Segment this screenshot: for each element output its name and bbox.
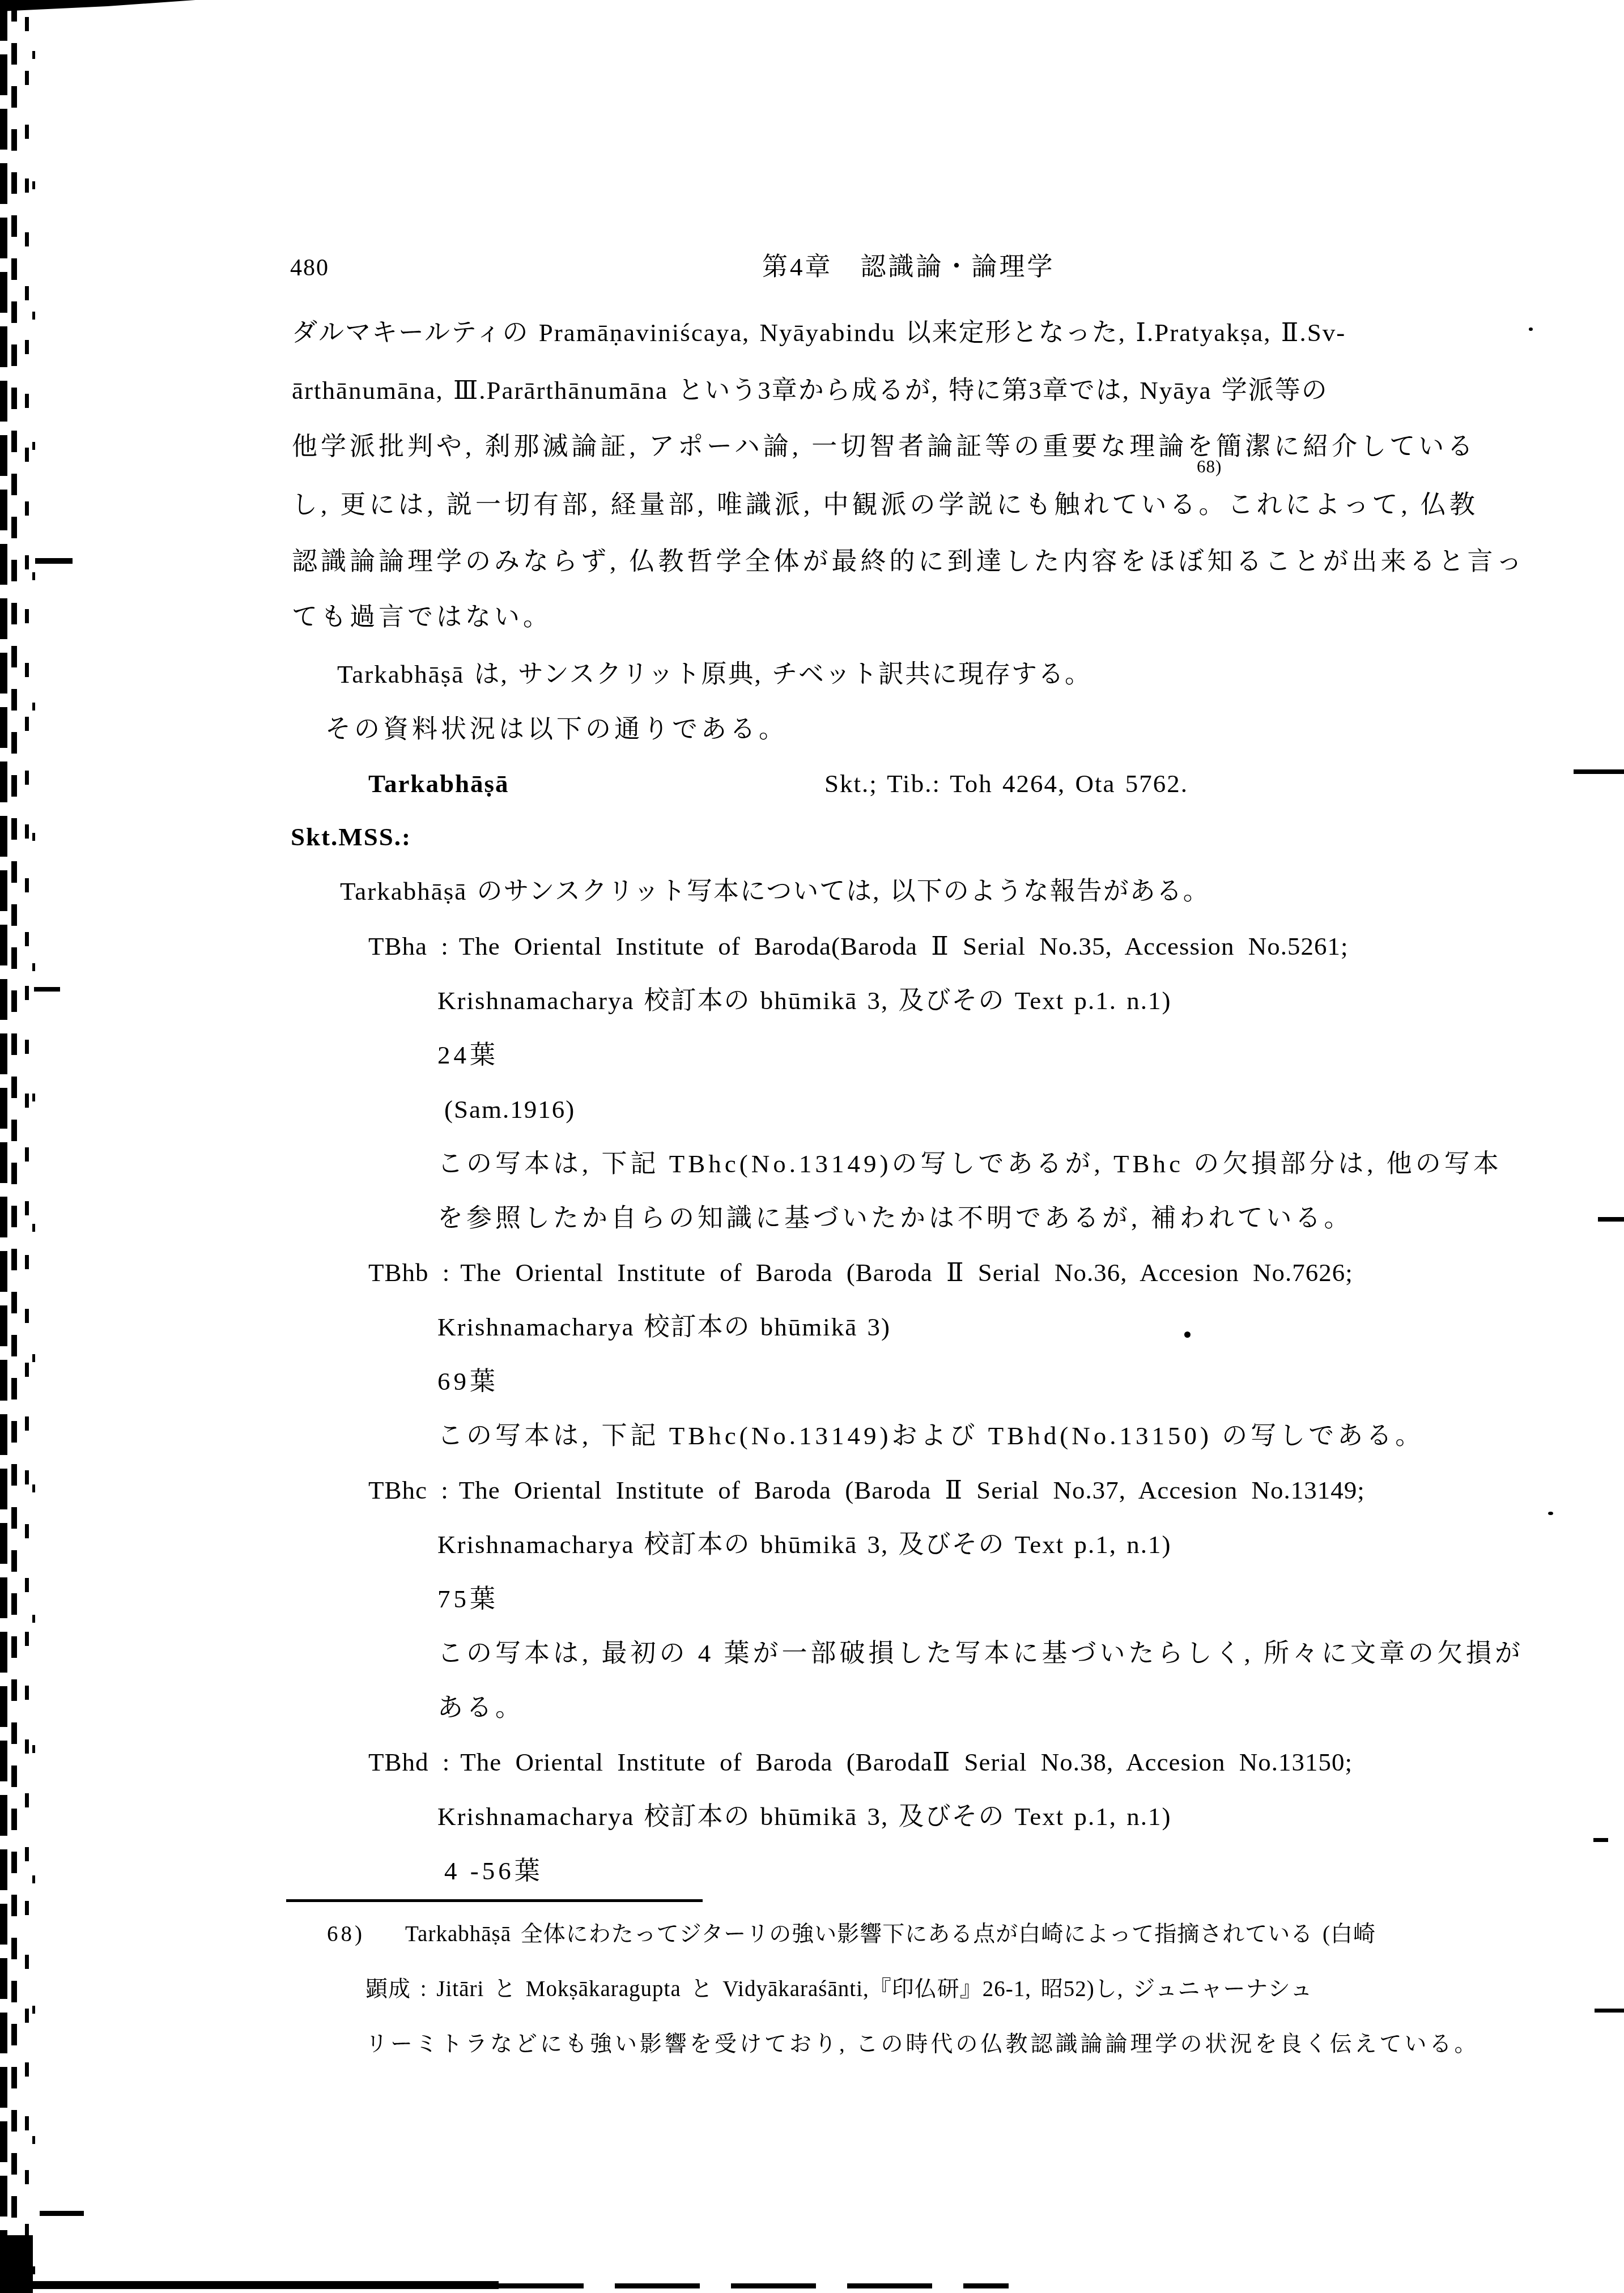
ms-entry-tbhc-note-1: この写本は, 最初の 4 葉が一部破損した写本に基づいたらしく, 所々に文章の欠… bbox=[437, 1639, 1524, 1667]
ms-entry-tbhd-leaves: 4 -56葉 bbox=[444, 1857, 543, 1885]
scan-artifact-dot-2 bbox=[1529, 327, 1533, 331]
intro-line-5: 認識論論理学のみならず, 仏教哲学全体が最終的に到達した内容をほぼ知ることが出来… bbox=[292, 547, 1525, 576]
ms-entry-tbhd-source: TBhd :The Oriental Institute of Baroda (… bbox=[368, 1748, 1353, 1776]
existence-paragraph: Tarkabhāṣā は, サンスクリット原典, チベット訳共に現存する。 bbox=[337, 660, 1091, 688]
scan-artifact-right-dash-3 bbox=[1593, 1838, 1608, 1842]
scan-artifact-top-left-wedge bbox=[0, 0, 195, 11]
status-paragraph: その資料状況は以下の通りである。 bbox=[325, 715, 788, 743]
ms-entry-tbha-source-text: The Oriental Institute of Baroda(Baroda … bbox=[459, 932, 1349, 960]
scan-artifact-left-strip-4 bbox=[32, 0, 35, 2293]
scan-artifact-bottom-bar bbox=[0, 2281, 499, 2289]
scan-artifact-tick-2 bbox=[34, 987, 60, 992]
ms-entry-tbhb-source-text: The Oriental Institute of Baroda (Baroda… bbox=[460, 1258, 1353, 1287]
scan-artifact-tick-3 bbox=[40, 2211, 84, 2216]
ms-entry-tbha-edition: Krishnamacharya 校訂本の bhūmikā 3, 及びその Tex… bbox=[437, 986, 1171, 1015]
scan-artifact-left-strip-1 bbox=[0, 0, 7, 2293]
scan-artifact-right-dash-1 bbox=[1574, 769, 1624, 774]
work-title: Tarkabhāṣā bbox=[368, 769, 509, 798]
scan-artifact-right-dot-1 bbox=[1548, 1512, 1553, 1515]
scanned-book-page: 480 第4章 認識論・論理学 ダルマキールティの Pramāṇaviniśca… bbox=[0, 0, 1624, 2293]
ms-entry-tbha-source: TBha :The Oriental Institute of Baroda(B… bbox=[368, 932, 1348, 960]
scan-artifact-left-strip-3 bbox=[25, 0, 29, 2293]
ms-entry-tbhc-label: TBhc : bbox=[368, 1476, 449, 1504]
footnote-separator-rule bbox=[286, 1899, 703, 1902]
skt-mss-intro: Tarkabhāṣā のサンスクリット写本については, 以下のような報告がある。 bbox=[340, 877, 1210, 905]
ms-entry-tbhd-edition: Krishnamacharya 校訂本の bhūmikā 3, 及びその Tex… bbox=[437, 1802, 1171, 1831]
ms-entry-tbhb-label: TBhb : bbox=[368, 1258, 450, 1287]
ms-entry-tbhc-edition: Krishnamacharya 校訂本の bhūmikā 3, 及びその Tex… bbox=[437, 1530, 1171, 1559]
skt-mss-heading: Skt.MSS.: bbox=[291, 823, 411, 851]
ms-entry-tbha-leaves: 24葉 bbox=[437, 1041, 499, 1069]
ms-entry-tbhb-leaves: 69葉 bbox=[437, 1367, 499, 1396]
ms-entry-tbhc-leaves: 75葉 bbox=[437, 1585, 499, 1613]
ms-entry-tbhc-source: TBhc :The Oriental Institute of Baroda (… bbox=[368, 1476, 1365, 1504]
ms-entry-tbha-date: (Sam.1916) bbox=[444, 1095, 575, 1124]
intro-line-2: ārthānumāna, Ⅲ.Parārthānumāna という3章から成るが… bbox=[292, 376, 1328, 405]
ms-entry-tbhb-note-1: この写本は, 下記 TBhc(No.13149)および TBhd(No.1315… bbox=[437, 1422, 1424, 1450]
intro-line-4: し, 更には, 説一切有部, 経量部, 唯識派, 中観派の学説にも触れている。こ… bbox=[292, 491, 1478, 519]
intro-line-6: ても過言ではない。 bbox=[292, 603, 552, 631]
scan-artifact-right-dash-2 bbox=[1598, 1217, 1624, 1222]
ms-entry-tbhb-source: TBhb :The Oriental Institute of Baroda (… bbox=[368, 1258, 1353, 1287]
ms-entry-tbha-note-2: を参照したか自らの知識に基づいたかは不明であるが, 補われている。 bbox=[437, 1204, 1353, 1232]
intro-line-3: 他学派批判や, 刹那滅論証, アポーハ論, 一切智者論証等の重要な理論を簡潔に紹… bbox=[292, 432, 1476, 461]
scan-artifact-ink-dot bbox=[1184, 1331, 1191, 1338]
scan-artifact-bottom-dashes bbox=[499, 2283, 1009, 2288]
footnote-ref-marker: 68) bbox=[1197, 457, 1222, 477]
ms-entry-tbhd-label: TBhd : bbox=[368, 1748, 450, 1776]
scan-artifact-left-strip-2 bbox=[11, 0, 17, 2293]
chapter-header: 第4章 認識論・論理学 bbox=[762, 253, 1055, 281]
ms-entry-tbhc-note-2: ある。 bbox=[437, 1694, 524, 1722]
page-number: 480 bbox=[290, 255, 329, 282]
ms-entry-tbha-label: TBha : bbox=[368, 932, 449, 960]
footnote-marker: 68) bbox=[327, 1922, 365, 1947]
ms-entry-tbhb-edition: Krishnamacharya 校訂本の bhūmikā 3) bbox=[437, 1313, 891, 1341]
intro-line-1: ダルマキールティの Pramāṇaviniścaya, Nyāyabindu 以… bbox=[292, 318, 1346, 347]
scan-artifact-tick-1 bbox=[35, 558, 73, 564]
ms-entry-tbhd-source-text: The Oriental Institute of Baroda (Baroda… bbox=[460, 1748, 1353, 1776]
footnote-line-2: 顕成 : Jitāri と Mokṣākaragupta と Vidyākara… bbox=[365, 1977, 1313, 2002]
footnote-line-1: Tarkabhāṣā 全体にわたってジターリの強い影響下にある点が白崎によって指… bbox=[405, 1922, 1376, 1947]
work-availability: Skt.; Tib.: Toh 4264, Ota 5762. bbox=[824, 769, 1188, 798]
ms-entry-tbha-note-1: この写本は, 下記 TBhc(No.13149)の写しであるが, TBhc の欠… bbox=[437, 1150, 1502, 1178]
scan-artifact-right-dash-4 bbox=[1595, 2009, 1624, 2013]
footnote-line-3: リーミトラなどにも強い影響を受けており, この時代の仏教認識論論理学の状況を良く… bbox=[365, 2032, 1480, 2057]
ms-entry-tbhc-source-text: The Oriental Institute of Baroda (Baroda… bbox=[459, 1476, 1365, 1504]
